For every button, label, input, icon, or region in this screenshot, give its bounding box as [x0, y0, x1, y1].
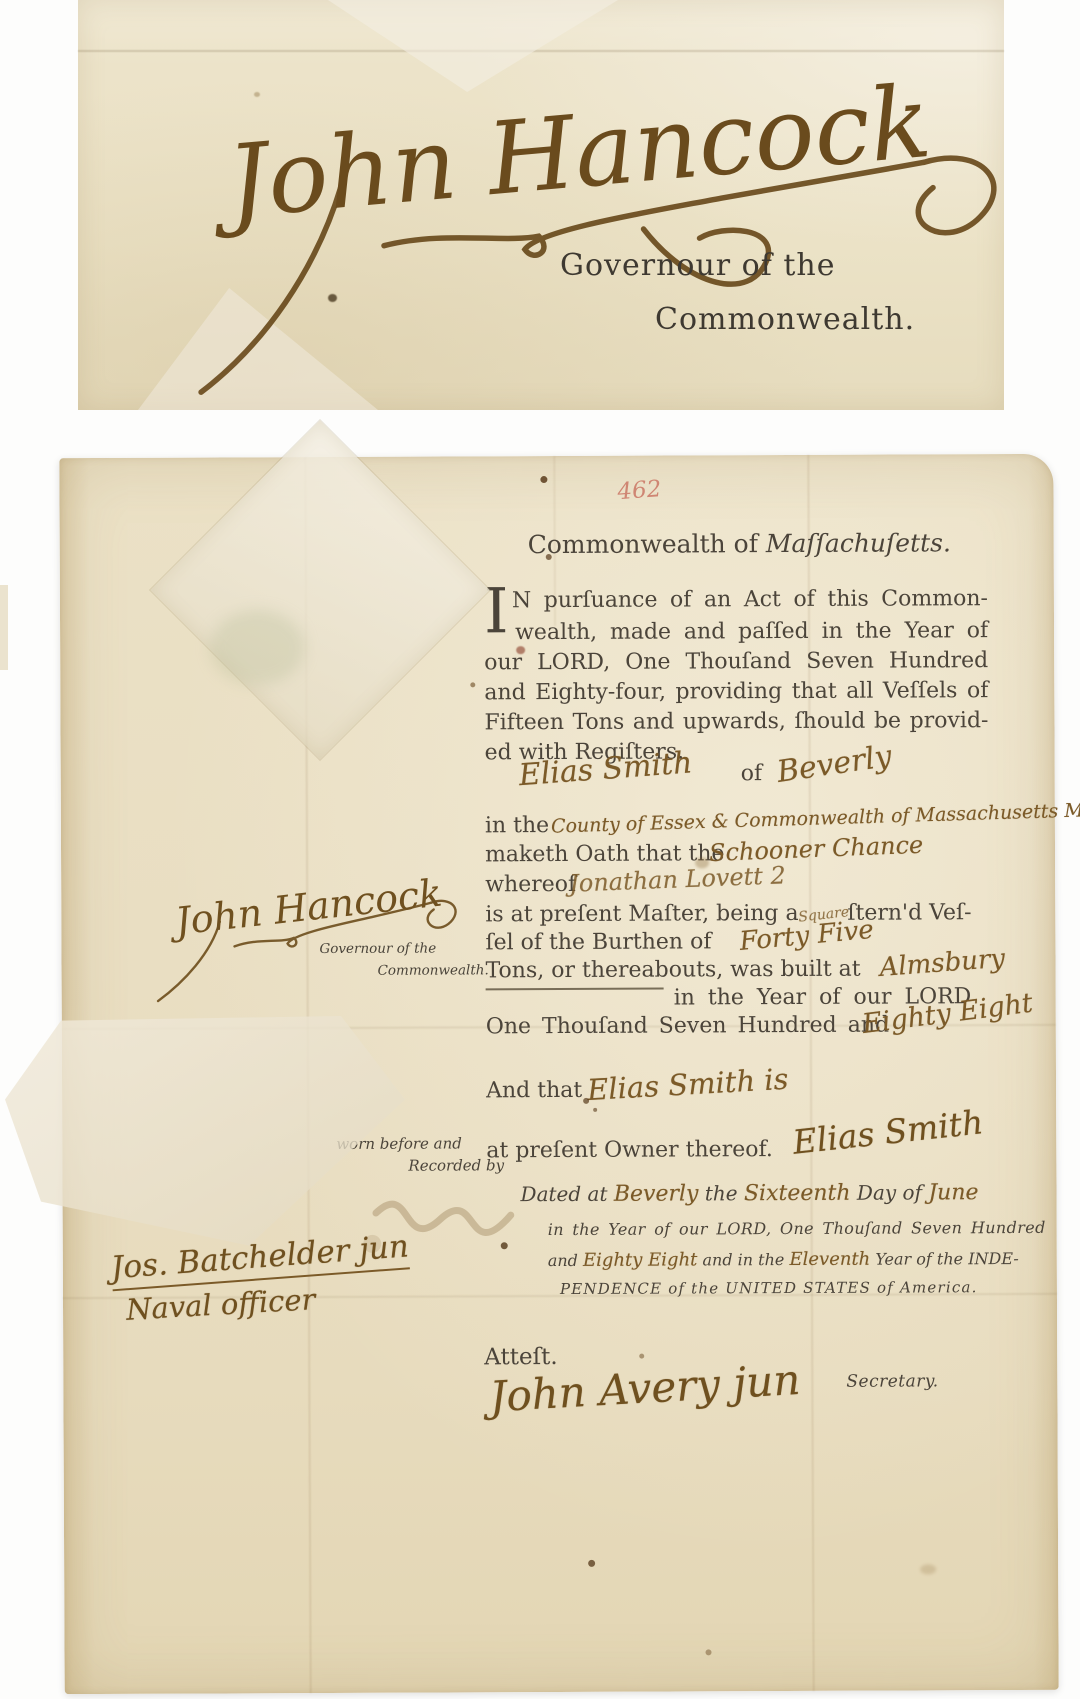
owner-is-handwritten: Elias Smith is: [586, 1062, 789, 1107]
independence-year-handwritten: Eleventh: [789, 1249, 870, 1270]
the-label: the: [705, 1181, 738, 1205]
dated-line1: Dated at Beverly the Sixteenth Day of Ju…: [520, 1180, 1000, 1207]
ink-stain: [588, 1560, 595, 1567]
blank-rule: [486, 970, 664, 991]
independence-line: PENDENCE of the UNITED STATES of America…: [560, 1278, 978, 1298]
vessel-name-handwritten: Schooner Chance: [709, 831, 924, 867]
smudge-stain: [920, 1564, 936, 1574]
dated-month-handwritten: June: [928, 1180, 978, 1205]
document-title: Commonwealth of Maſſachuſetts.: [528, 528, 948, 559]
john-hancock-signature-large: John Hancock: [78, 0, 1004, 410]
ship-register-document: 462 Commonwealth of Maſſachuſetts. I N p…: [59, 454, 1058, 1694]
and-label: and: [548, 1251, 578, 1270]
master-line-a: is at preſent Maſter, being a: [485, 901, 798, 927]
county-handwritten: County of Essex & Commonwealth of Massac…: [551, 798, 1080, 838]
governour-line1: Governour of the: [319, 941, 436, 958]
ink-stain: [593, 1108, 597, 1112]
paper-fragment-edge: [0, 585, 8, 670]
ink-stain: [706, 1649, 712, 1655]
thousand-label: One Thouſand Seven Hundred and: [486, 1013, 889, 1040]
catalog-number: 462: [617, 476, 663, 505]
attest-label: Atteſt.: [484, 1344, 557, 1370]
and-in-the-label: and in the: [702, 1250, 784, 1269]
john-hancock-signature-document: John Hancock: [119, 842, 500, 1004]
paragraph-line: our LORD, One Thouſand Seven Hundred: [484, 648, 988, 676]
title-roman: Commonwealth of: [528, 529, 766, 559]
ink-stain: [470, 682, 475, 687]
ink-stain: [540, 476, 547, 483]
built-place-handwritten: Almsbury: [879, 944, 1006, 983]
scanned-document-page: { "photo": { "signature": "John Hancock"…: [0, 0, 1080, 1699]
naval-officer-signature: Jos. Batchelder jun: [110, 1228, 411, 1291]
of-label: of: [741, 761, 762, 786]
dated-line3: and Eighty Eight and in the Eleventh Yea…: [548, 1248, 1019, 1271]
governour-caption-line2: Commonwealth.: [655, 302, 915, 337]
paragraph-line: N purſuance of an Act of this Common-: [512, 586, 988, 614]
paragraph-line: and Eighty-four, providing that all Veſſ…: [484, 678, 988, 706]
burthen-label: ſel of the Burthen of: [485, 929, 711, 955]
governour-caption-line1: Governour of the: [560, 248, 835, 283]
day-of-label: Day of: [857, 1180, 922, 1204]
dated-year-handwritten: Eighty Eight: [583, 1249, 697, 1270]
dated-day-handwritten: Sixteenth: [744, 1181, 851, 1206]
dated-line2: in the Year of our LORD, One Thouſand Se…: [548, 1218, 1046, 1239]
governour-line2: Commonwealth.: [378, 962, 489, 978]
drop-cap: I: [484, 582, 509, 640]
paragraph-line: wealth, made and paſſed in the Year of: [515, 618, 988, 646]
fold-line-vertical: [304, 457, 311, 1693]
year-of-inde-label: Year of the INDE-: [875, 1249, 1018, 1269]
and-that-label: And that: [486, 1078, 582, 1103]
in-the-label: in the: [485, 813, 549, 838]
ink-stain: [639, 1354, 644, 1359]
title-italic: Maſſachuſetts.: [766, 528, 951, 558]
secretary-label: Secretary.: [846, 1371, 938, 1391]
owner-signature: Elias Smith: [791, 1102, 985, 1162]
maketh-oath-label: maketh Oath that the: [485, 841, 725, 867]
naval-officer-title: Naval officer: [125, 1282, 316, 1327]
dated-town-handwritten: Beverly: [614, 1181, 699, 1206]
paragraph-line: Fifteen Tons and upwards, ſhould be prov…: [484, 708, 988, 736]
signature-closeup-photo: John Hancock Governour of the Commonweal…: [78, 0, 1004, 410]
owner-town-handwritten: Beverly: [775, 739, 894, 790]
signature-text: John Hancock: [206, 63, 935, 242]
